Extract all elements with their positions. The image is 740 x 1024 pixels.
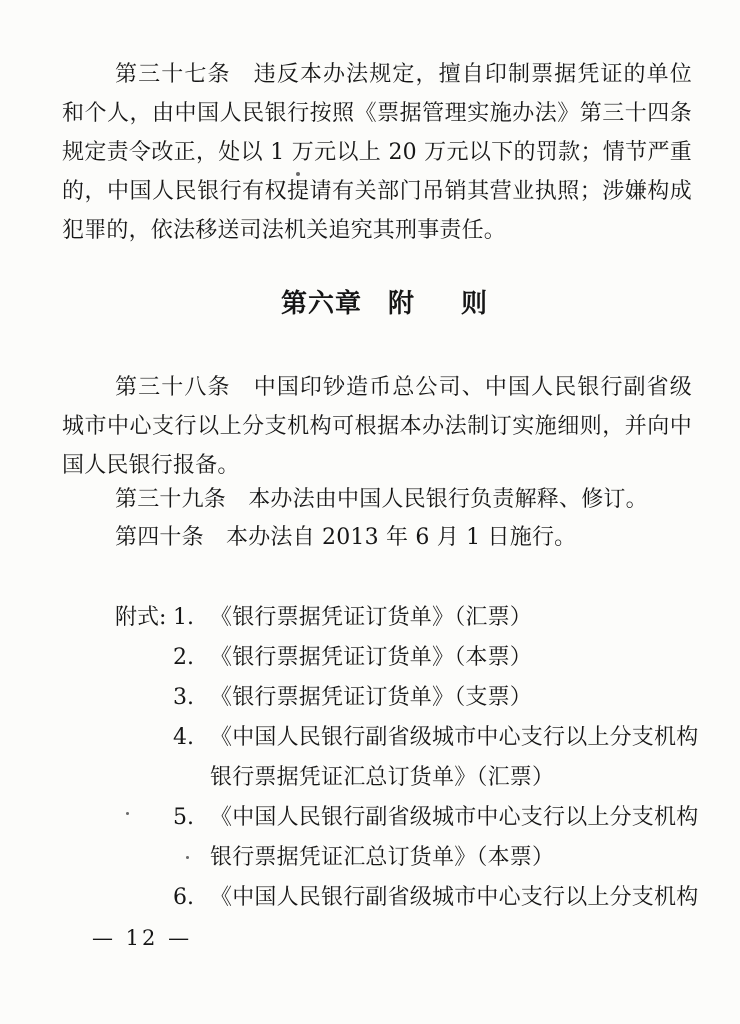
appendix-item-2: 2. 《银行票据凭证订货单》（本票） — [173, 638, 701, 678]
appendix-item-number: 3. — [173, 678, 210, 718]
chapter-number: 第六章 — [281, 289, 362, 319]
appendix-label: 附式: — [115, 598, 166, 638]
chapter-6-heading: 第六章附则 — [281, 288, 488, 320]
scan-artifact-speck — [186, 856, 189, 859]
appendix-item-text: 《银行票据凭证订货单》（本票） — [210, 638, 701, 678]
appendix-list: 1. 《银行票据凭证订货单》（汇票） 2. 《银行票据凭证订货单》（本票） 3.… — [173, 598, 701, 918]
article-38-paragraph: 第三十八条 中国印钞造币总公司、中国人民银行副省级城市中心支行以上分支机构可根据… — [62, 368, 692, 485]
document-page: 第三十七条 违反本办法规定，擅自印制票据凭证的单位和个人，由中国人民银行按照《票… — [0, 0, 740, 1024]
appendix-item-number: 5. — [173, 798, 210, 878]
appendix-item-1: 1. 《银行票据凭证订货单》（汇票） — [173, 598, 701, 638]
appendix-item-number: 2. — [173, 638, 210, 678]
article-40-paragraph: 第四十条 本办法自 2013 年 6 月 1 日施行。 — [62, 518, 692, 557]
appendix-item-5: 5. 《中国人民银行副省级城市中心支行以上分支机构银行票据凭证汇总订货单》（本票… — [173, 798, 701, 878]
appendix-item-text: 《中国人民银行副省级城市中心支行以上分支机构 — [210, 878, 701, 918]
appendix-item-number: 4. — [173, 718, 210, 798]
appendix-item-number: 6. — [173, 878, 210, 918]
appendix-item-number: 1. — [173, 598, 210, 638]
scan-artifact-speck — [126, 812, 129, 815]
page-number: — 12 — — [92, 924, 192, 952]
appendix-item-4: 4. 《中国人民银行副省级城市中心支行以上分支机构银行票据凭证汇总订货单》（汇票… — [173, 718, 701, 798]
scan-artifact-speck — [296, 172, 300, 176]
chapter-title-char-1: 附 — [388, 289, 415, 319]
appendix-item-3: 3. 《银行票据凭证订货单》（支票） — [173, 678, 701, 718]
article-37-paragraph: 第三十七条 违反本办法规定，擅自印制票据凭证的单位和个人，由中国人民银行按照《票… — [62, 55, 692, 250]
article-39-paragraph: 第三十九条 本办法由中国人民银行负责解释、修订。 — [62, 480, 692, 519]
appendix-item-text: 《中国人民银行副省级城市中心支行以上分支机构银行票据凭证汇总订货单》（本票） — [210, 798, 701, 878]
appendix-item-text: 《银行票据凭证订货单》（支票） — [210, 678, 701, 718]
appendix-item-text: 《中国人民银行副省级城市中心支行以上分支机构银行票据凭证汇总订货单》（汇票） — [210, 718, 701, 798]
chapter-title-char-2: 则 — [461, 289, 488, 319]
appendix-item-6: 6. 《中国人民银行副省级城市中心支行以上分支机构 — [173, 878, 701, 918]
appendix-item-text: 《银行票据凭证订货单》（汇票） — [210, 598, 701, 638]
